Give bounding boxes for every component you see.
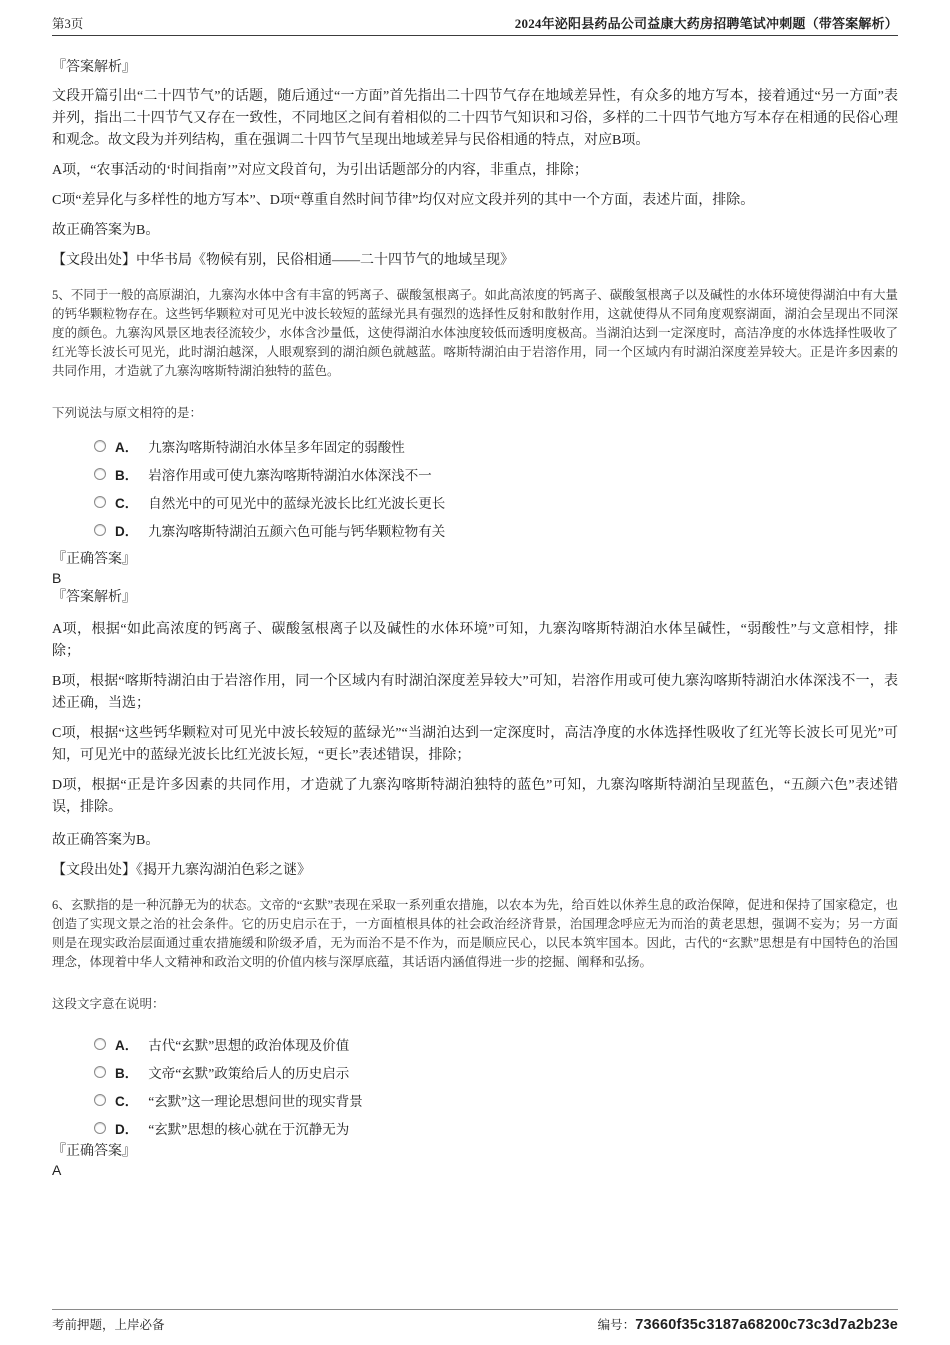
question-6-prompt: 这段文字意在说明： xyxy=(52,995,898,1014)
option-text: 自然光中的可见光中的蓝绿光波长比红光波长更长 xyxy=(148,492,445,512)
analysis-item-d: D项，根据“正是许多因素的共同作用，才造就了九寨沟喀斯特湖泊独特的蓝色”可知，九… xyxy=(52,775,898,819)
analysis-paragraph: 文段开篇引出“二十四节气”的话题，随后通过“一方面”首先指出二十四节气存在地域差… xyxy=(52,86,898,152)
option-text: 古代“玄默”思想的政治体现及价值 xyxy=(148,1034,349,1054)
correct-answer-value: B xyxy=(52,569,898,588)
radio-button[interactable] xyxy=(94,524,106,536)
question-6-stem: 6、玄默指的是一种沉静无为的状态。文帝的“玄默”表现在采取一系列重农措施，以农本… xyxy=(52,896,898,972)
page-header: 第3页 2024年泌阳县药品公司益康大药房招聘笔试冲刺题（带答案解析） xyxy=(52,0,898,36)
option-letter: A． xyxy=(115,1034,138,1054)
option-text: 文帝“玄默”政策给后人的历史启示 xyxy=(148,1062,349,1082)
question-6-section: 6、玄默指的是一种沉静无为的状态。文帝的“玄默”表现在采取一系列重农措施，以农本… xyxy=(52,896,898,1180)
option-text: “玄默”这一理论思想问世的现实背景 xyxy=(148,1090,362,1110)
option-letter: D． xyxy=(115,520,138,540)
analysis-label: 『答案解析』 xyxy=(52,588,898,607)
correct-answer-value: A xyxy=(52,1161,898,1180)
option-cd-note: C项“差异化与多样性的地方写本”、D项“尊重自然时间节律”均仅对应文段并列的其中… xyxy=(52,190,898,212)
correct-answer-label: 『正确答案』 xyxy=(52,1142,898,1161)
option-a-note: A项，“农事活动的‘时间指南’”对应文段首句，为引出话题部分的内容，非重点，排除… xyxy=(52,160,898,182)
question-5-stem: 5、不同于一般的高原湖泊，九寨沟水体中含有丰富的钙离子、碳酸氢根离子。如此高浓度… xyxy=(52,286,898,381)
source-reference: 【文段出处】《揭开九寨沟湖泊色彩之谜》 xyxy=(52,860,898,882)
option-row-b: B． 文帝“玄默”政策给后人的历史启示 xyxy=(52,1058,898,1086)
radio-button[interactable] xyxy=(94,1094,106,1106)
page-number: 第3页 xyxy=(52,14,83,32)
option-letter: A． xyxy=(115,436,138,456)
option-row-d: D． 九寨沟喀斯特湖泊五颜六色可能与钙华颗粒物有关 xyxy=(52,516,898,544)
conclusion-text: 故正确答案为B。 xyxy=(52,220,898,242)
analysis-item-a: A项，根据“如此高浓度的钙离子、碳酸氢根离子以及碱性的水体环境”可知，九寨沟喀斯… xyxy=(52,619,898,663)
radio-button[interactable] xyxy=(94,1038,106,1050)
radio-button[interactable] xyxy=(94,440,106,452)
radio-button[interactable] xyxy=(94,496,106,508)
source-reference: 【文段出处】中华书局《物候有别，民俗相通——二十四节气的地域呈现》 xyxy=(52,250,898,272)
option-row-a: A． 九寨沟喀斯特湖泊水体呈多年固定的弱酸性 xyxy=(52,432,898,460)
option-text: 九寨沟喀斯特湖泊水体呈多年固定的弱酸性 xyxy=(148,436,405,456)
q4-answer-analysis-section: 『答案解析』 文段开篇引出“二十四节气”的话题，随后通过“一方面”首先指出二十四… xyxy=(52,58,898,272)
document-title: 2024年泌阳县药品公司益康大药房招聘笔试冲刺题（带答案解析） xyxy=(515,13,898,32)
analysis-item-c: C项，根据“这些钙华颗粒对可见光中波长较短的蓝绿光”“当湖泊达到一定深度时，高洁… xyxy=(52,723,898,767)
radio-button[interactable] xyxy=(94,1122,106,1134)
option-text: “玄默”思想的核心就在于沉静无为 xyxy=(148,1118,349,1138)
code-value: 73660f35c3187a68200c73c3d7a2b23e xyxy=(635,1317,898,1333)
footer-slogan: 考前押题，上岸必备 xyxy=(52,1315,165,1333)
radio-button[interactable] xyxy=(94,1066,106,1078)
correct-answer-label: 『正确答案』 xyxy=(52,550,898,569)
radio-button[interactable] xyxy=(94,468,106,480)
option-text: 岩溶作用或可使九寨沟喀斯特湖泊水体深浅不一 xyxy=(148,464,432,484)
option-letter: B． xyxy=(115,464,138,484)
code-label: 编号： xyxy=(598,1318,636,1332)
option-row-b: B． 岩溶作用或可使九寨沟喀斯特湖泊水体深浅不一 xyxy=(52,460,898,488)
option-row-c: C． “玄默”这一理论思想问世的现实背景 xyxy=(52,1086,898,1114)
footer-code-block: 编号：73660f35c3187a68200c73c3d7a2b23e xyxy=(598,1315,898,1333)
option-letter: C． xyxy=(115,1090,138,1110)
analysis-label: 『答案解析』 xyxy=(52,58,898,78)
question-5-prompt: 下列说法与原文相符的是： xyxy=(52,404,898,423)
document-page: 第3页 2024年泌阳县药品公司益康大药房招聘笔试冲刺题（带答案解析） 『答案解… xyxy=(0,0,950,1180)
question-5-options: A． 九寨沟喀斯特湖泊水体呈多年固定的弱酸性 B． 岩溶作用或可使九寨沟喀斯特湖… xyxy=(52,432,898,544)
option-text: 九寨沟喀斯特湖泊五颜六色可能与钙华颗粒物有关 xyxy=(148,520,445,540)
option-row-c: C． 自然光中的可见光中的蓝绿光波长比红光波长更长 xyxy=(52,488,898,516)
conclusion-text: 故正确答案为B。 xyxy=(52,830,898,852)
question-6-options: A． 古代“玄默”思想的政治体现及价值 B． 文帝“玄默”政策给后人的历史启示 … xyxy=(52,1030,898,1142)
question-5-section: 5、不同于一般的高原湖泊，九寨沟水体中含有丰富的钙离子、碳酸氢根离子。如此高浓度… xyxy=(52,286,898,882)
option-row-a: A． 古代“玄默”思想的政治体现及价值 xyxy=(52,1030,898,1058)
option-letter: C． xyxy=(115,492,138,512)
option-row-d: D． “玄默”思想的核心就在于沉静无为 xyxy=(52,1114,898,1142)
option-letter: D． xyxy=(115,1118,138,1138)
option-letter: B． xyxy=(115,1062,138,1082)
page-footer: 考前押题，上岸必备 编号：73660f35c3187a68200c73c3d7a… xyxy=(52,1309,898,1333)
analysis-item-b: B项，根据“喀斯特湖泊由于岩溶作用，同一个区域内有时湖泊深度差异较大”可知，岩溶… xyxy=(52,671,898,715)
